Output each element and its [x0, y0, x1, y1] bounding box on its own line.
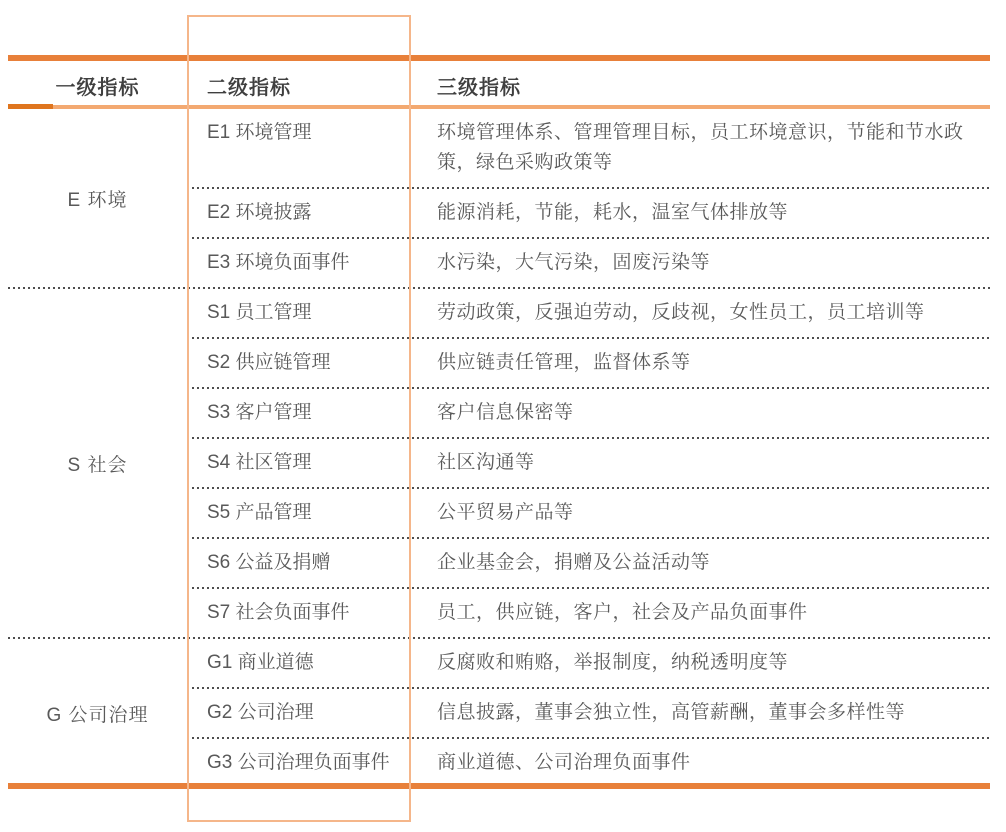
section-rows: E1 环境管理环境管理体系、管理管理目标，员工环境意识，节能和节水政策，绿色采购…	[187, 109, 990, 287]
level2-cell: E2 环境披露	[187, 189, 437, 237]
table-row: E3 环境负面事件水污染，大气污染，固废污染等	[187, 239, 990, 287]
table-row: S6 公益及捐赠企业基金会，捐赠及公益活动等	[187, 539, 990, 587]
level3-cell: 水污染，大气污染，固废污染等	[437, 239, 990, 287]
level3-cell: 劳动政策，反强迫劳动，反歧视，女性员工，员工培训等	[437, 289, 990, 337]
level3-cell: 企业基金会，捐赠及公益活动等	[437, 539, 990, 587]
level2-cell: S1 员工管理	[187, 289, 437, 337]
level2-cell: G2 公司治理	[187, 689, 437, 737]
level3-cell: 信息披露，董事会独立性，高管薪酬，董事会多样性等	[437, 689, 990, 737]
level1-cell: E 环境	[8, 109, 187, 287]
level2-cell: S2 供应链管理	[187, 339, 437, 387]
level2-cell: S3 客户管理	[187, 389, 437, 437]
level2-cell: G1 商业道德	[187, 639, 437, 687]
level2-cell: S4 社区管理	[187, 439, 437, 487]
table-row: E2 环境披露能源消耗，节能，耗水，温室气体排放等	[187, 189, 990, 237]
top-rule	[8, 55, 990, 61]
table-row: G2 公司治理信息披露，董事会独立性，高管薪酬，董事会多样性等	[187, 689, 990, 737]
section-governance: G 公司治理G1 商业道德反腐败和贿赂，举报制度，纳税透明度等G2 公司治理信息…	[8, 639, 990, 787]
table-header-row: 一级指标 二级指标 三级指标	[8, 66, 990, 104]
table-row: G3 公司治理负面事件商业道德、公司治理负面事件	[187, 739, 990, 787]
table-row: S5 产品管理公平贸易产品等	[187, 489, 990, 537]
level1-cell: S 社会	[8, 289, 187, 637]
section-environment: E 环境E1 环境管理环境管理体系、管理管理目标，员工环境意识，节能和节水政策，…	[8, 109, 990, 287]
table-row: S4 社区管理社区沟通等	[187, 439, 990, 487]
level3-cell: 供应链责任管理，监督体系等	[437, 339, 990, 387]
section-rows: S1 员工管理劳动政策，反强迫劳动，反歧视，女性员工，员工培训等S2 供应链管理…	[187, 289, 990, 637]
level3-cell: 能源消耗，节能，耗水，温室气体排放等	[437, 189, 990, 237]
level2-cell: E3 环境负面事件	[187, 239, 437, 287]
level3-cell: 公平贸易产品等	[437, 489, 990, 537]
header-level2: 二级指标	[187, 71, 437, 100]
level2-cell: G3 公司治理负面事件	[187, 739, 437, 787]
section-rows: G1 商业道德反腐败和贿赂，举报制度，纳税透明度等G2 公司治理信息披露，董事会…	[187, 639, 990, 787]
table-row: S2 供应链管理供应链责任管理，监督体系等	[187, 339, 990, 387]
table-row: G1 商业道德反腐败和贿赂，举报制度，纳税透明度等	[187, 639, 990, 687]
level2-cell: S5 产品管理	[187, 489, 437, 537]
table-row: S1 员工管理劳动政策，反强迫劳动，反歧视，女性员工，员工培训等	[187, 289, 990, 337]
level3-cell: 环境管理体系、管理管理目标，员工环境意识，节能和节水政策，绿色采购政策等	[437, 109, 990, 187]
level3-cell: 客户信息保密等	[437, 389, 990, 437]
level3-cell: 员工，供应链，客户，社会及产品负面事件	[437, 589, 990, 637]
table-row: E1 环境管理环境管理体系、管理管理目标，员工环境意识，节能和节水政策，绿色采购…	[187, 109, 990, 187]
level2-cell: S7 社会负面事件	[187, 589, 437, 637]
level1-cell: G 公司治理	[8, 639, 187, 787]
header-level1: 一级指标	[8, 71, 187, 100]
level2-cell: S6 公益及捐赠	[187, 539, 437, 587]
section-social: S 社会S1 员工管理劳动政策，反强迫劳动，反歧视，女性员工，员工培训等S2 供…	[8, 289, 990, 637]
level2-cell: E1 环境管理	[187, 109, 437, 157]
table-row: S7 社会负面事件员工，供应链，客户，社会及产品负面事件	[187, 589, 990, 637]
level3-cell: 社区沟通等	[437, 439, 990, 487]
level3-cell: 商业道德、公司治理负面事件	[437, 739, 990, 787]
table-row: S3 客户管理客户信息保密等	[187, 389, 990, 437]
level3-cell: 反腐败和贿赂，举报制度，纳税透明度等	[437, 639, 990, 687]
header-level3: 三级指标	[437, 71, 990, 100]
esg-indicator-table: 一级指标 二级指标 三级指标 E 环境E1 环境管理环境管理体系、管理管理目标，…	[0, 0, 1006, 832]
table-body: E 环境E1 环境管理环境管理体系、管理管理目标，员工环境意识，节能和节水政策，…	[8, 109, 990, 787]
